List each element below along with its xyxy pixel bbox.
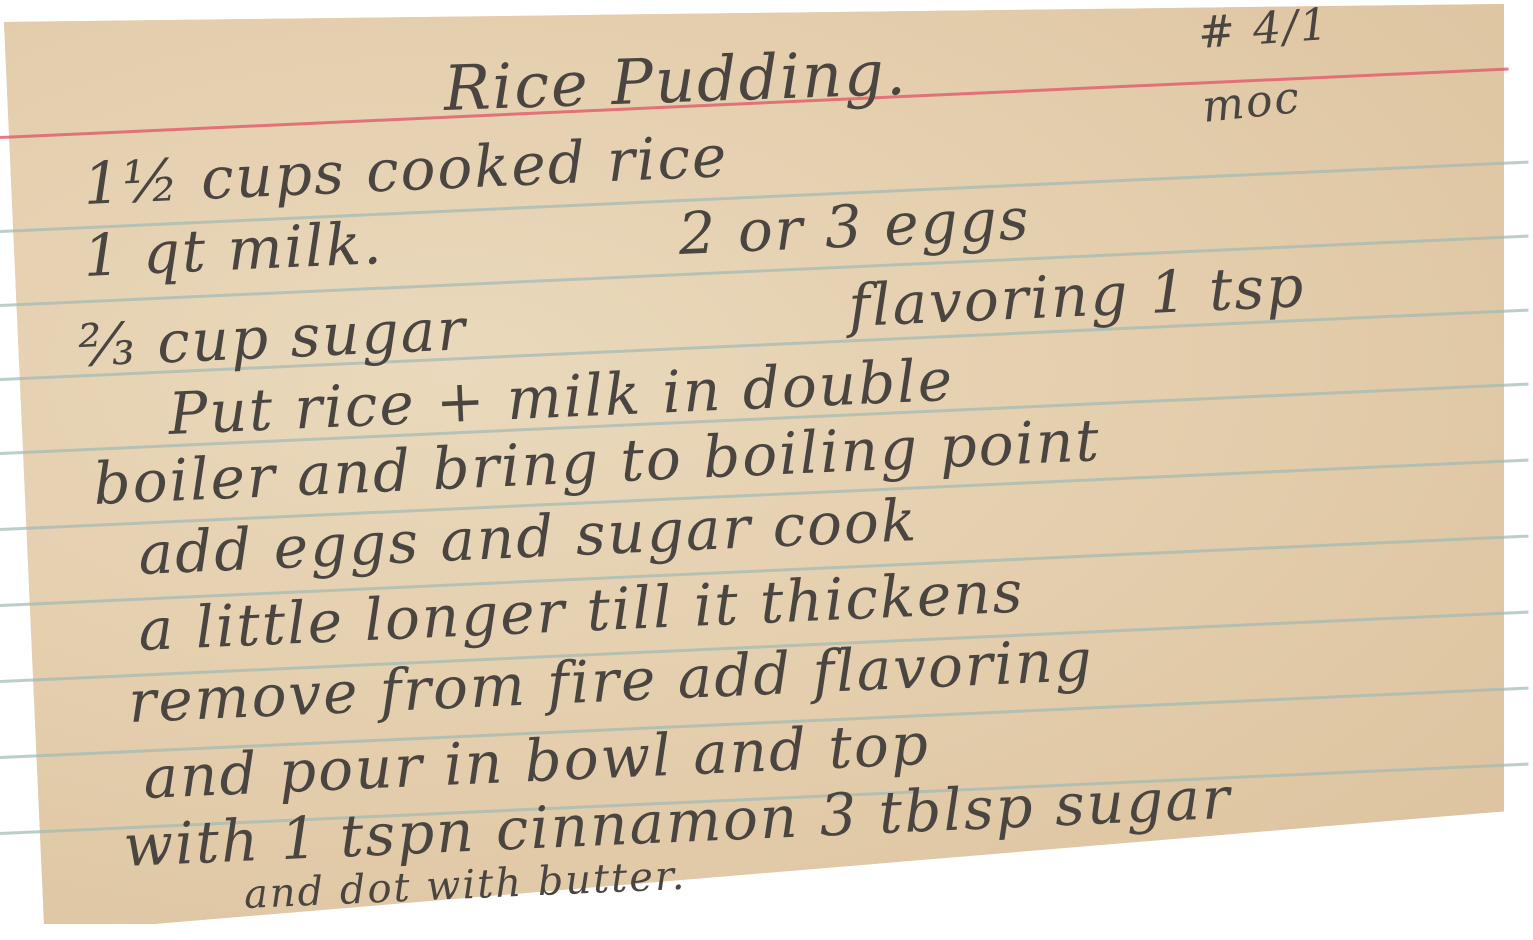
card-initials: moc <box>1200 72 1304 133</box>
ingredient-item: ⅔ cup sugar <box>77 295 468 380</box>
recipe-title: Rice Pudding. <box>442 36 908 125</box>
ingredient-item: 2 or 3 eggs <box>677 185 1032 268</box>
card-number: # 4/1 <box>1196 0 1331 59</box>
ingredient-item: 1 qt milk. <box>82 209 385 290</box>
recipe-card-content: Rice Pudding. # 4/1 moc 1½ cups cooked r… <box>0 0 1533 940</box>
